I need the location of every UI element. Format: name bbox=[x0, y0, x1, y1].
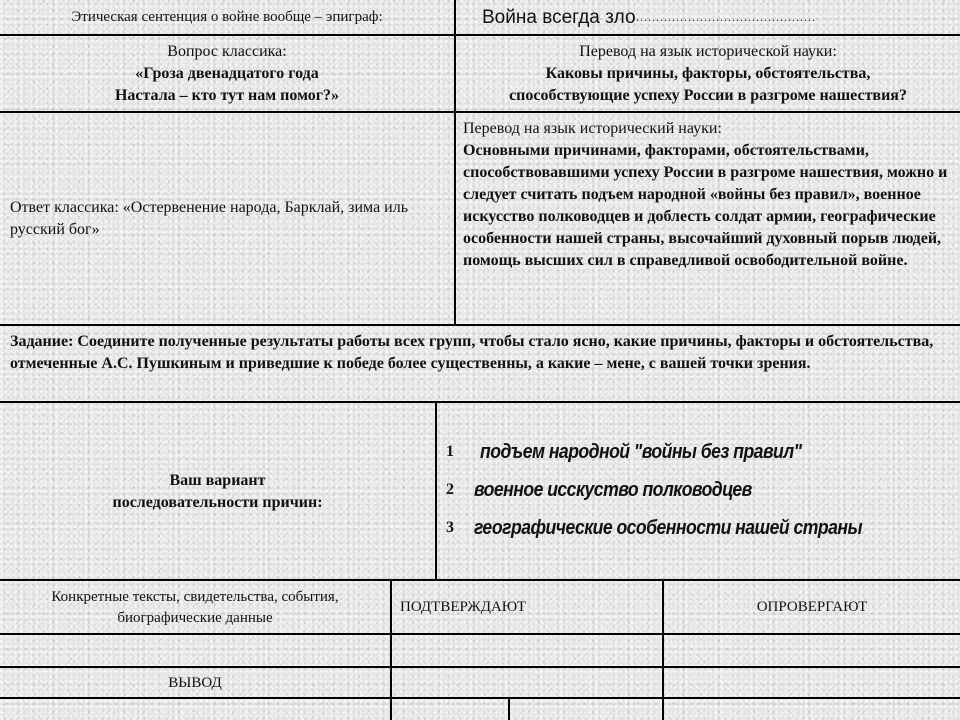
conclusion-label-cell: ВЫВОД bbox=[0, 668, 390, 698]
evidence-row-1-col2[interactable] bbox=[392, 635, 662, 667]
evidence-col1-header: Конкретные тексты, свидетельства, событи… bbox=[0, 581, 390, 634]
classic-question-cell: Вопрос классика: «Гроза двенадцатого год… bbox=[0, 36, 454, 112]
epigraph-value-cell[interactable]: Война всегда зло……………………………………… bbox=[482, 0, 952, 35]
evidence-col2-header: ПОДТВЕРЖДАЮТ bbox=[400, 581, 662, 634]
task-cell: Задание: Соедините полученные результаты… bbox=[10, 326, 960, 402]
translation-question-cell: Перевод на язык исторической науки: Како… bbox=[456, 36, 960, 112]
variant-item-1[interactable]: 1 подъем народной "войны без правил" bbox=[446, 433, 960, 471]
evidence-row-1-col1[interactable] bbox=[0, 635, 390, 667]
variant-label-cell: Ваш вариант последовательности причин: bbox=[0, 403, 435, 580]
conclusion-col3[interactable] bbox=[664, 668, 960, 698]
evidence-row-3-col3[interactable] bbox=[664, 699, 960, 720]
classic-question-line2: Настала – кто тут нам помог?» bbox=[115, 85, 339, 107]
evidence-row-3-col2b[interactable] bbox=[510, 699, 662, 720]
variant-label-line1: Ваш вариант bbox=[169, 470, 265, 492]
epigraph-value: Война всегда зло bbox=[482, 7, 636, 29]
evidence-row-3-col1[interactable] bbox=[0, 699, 390, 720]
variant-item-2[interactable]: 2 военное исскуство полководцев bbox=[446, 471, 960, 509]
translation-answer-text: Основными причинами, факторами, обстояте… bbox=[463, 140, 960, 272]
variant-item-3[interactable]: 3 географические особенности нашей стран… bbox=[446, 509, 960, 547]
classic-question-line1: «Гроза двенадцатого года bbox=[135, 63, 318, 85]
classic-answer-text: Ответ классика: «Остервенение народа, Ба… bbox=[10, 197, 450, 241]
evidence-row-3-col2a[interactable] bbox=[392, 699, 508, 720]
variant-text: подъем народной "войны без правил" bbox=[480, 441, 802, 464]
epigraph-dots: ……………………………………… bbox=[636, 10, 816, 25]
evidence-col3-header: ОПРОВЕРГАЮТ bbox=[664, 581, 960, 634]
epigraph-label-cell: Этическая сентенция о войне вообще – эпи… bbox=[0, 0, 454, 35]
variant-number: 1 bbox=[446, 443, 474, 461]
variant-text: военное исскуство полководцев bbox=[474, 479, 752, 502]
evidence-row-1-col3[interactable] bbox=[664, 635, 960, 667]
translation-question-label: Перевод на язык исторической науки: bbox=[579, 41, 837, 63]
variant-number: 2 bbox=[446, 481, 474, 499]
classic-question-label: Вопрос классика: bbox=[167, 41, 286, 63]
translation-question-line1: Каковы причины, факторы, обстоятельства, bbox=[546, 63, 871, 85]
variant-text: географические особенности нашей страны bbox=[474, 517, 862, 540]
task-label: Задание: bbox=[10, 333, 73, 350]
conclusion-label: ВЫВОД bbox=[168, 673, 221, 694]
evidence-col2-header-text: ПОДТВЕРЖДАЮТ bbox=[400, 597, 662, 618]
evidence-col1-header-text: Конкретные тексты, свидетельства, событи… bbox=[10, 587, 380, 629]
translation-question-line2: способствующие успеху России в разгроме … bbox=[509, 85, 907, 107]
evidence-col3-header-text: ОПРОВЕРГАЮТ bbox=[757, 597, 868, 618]
translation-answer-cell: Перевод на язык исторический науки: Осно… bbox=[463, 118, 960, 318]
variant-list: 1 подъем народной "войны без правил" 2 в… bbox=[446, 410, 960, 570]
variant-number: 3 bbox=[446, 519, 474, 537]
border-variant-divider bbox=[435, 401, 437, 580]
epigraph-label: Этическая сентенция о войне вообще – эпи… bbox=[71, 7, 382, 28]
classic-answer-cell: Ответ классика: «Остервенение народа, Ба… bbox=[10, 113, 450, 325]
translation-answer-label: Перевод на язык исторический науки: bbox=[463, 118, 960, 140]
task-text: Соедините полученные результаты работы в… bbox=[10, 333, 933, 372]
conclusion-col2[interactable] bbox=[392, 668, 662, 698]
variant-label-line2: последовательности причин: bbox=[112, 492, 322, 514]
